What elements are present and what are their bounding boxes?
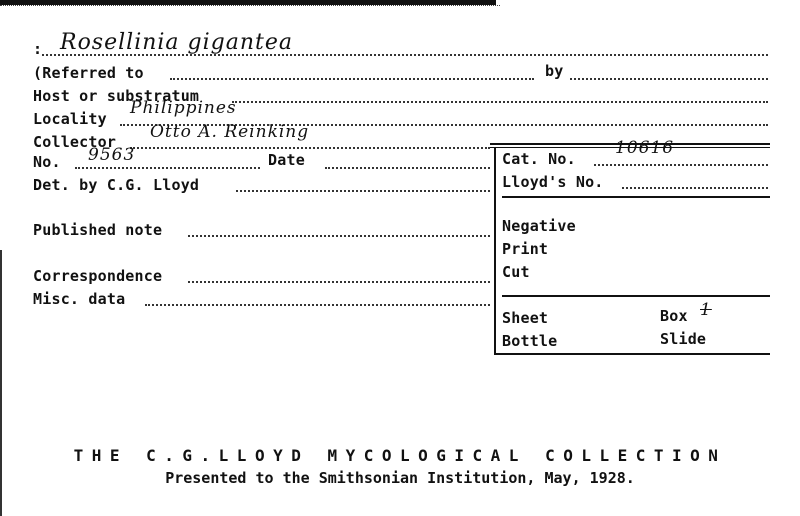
- published-label: Published note: [33, 221, 162, 239]
- no-label: No.: [33, 153, 61, 171]
- by-label: by: [545, 62, 563, 80]
- card-top-edge-dots: [0, 5, 500, 7]
- panel-bottom-rule: [494, 353, 770, 355]
- cat-no-label: Cat. No.: [502, 150, 576, 168]
- referred-label: (Referred to: [33, 64, 144, 82]
- panel-rule-1: [502, 196, 770, 198]
- cut-label: Cut: [502, 263, 530, 281]
- date-dots: [325, 167, 490, 169]
- collection-title: THE C.G.LLOYD MYCOLOGICAL COLLECTION: [0, 446, 800, 465]
- det-label: Det. by C.G. Lloyd: [33, 176, 199, 194]
- misc-label: Misc. data: [33, 290, 125, 308]
- negative-label: Negative: [502, 217, 576, 235]
- host-dots: [232, 101, 768, 103]
- collection-subtitle: Presented to the Smithsonian Institution…: [0, 469, 800, 487]
- cat-no-value: 10616: [615, 138, 674, 158]
- box-value: 1: [700, 300, 712, 320]
- collector-dots: [130, 147, 490, 149]
- misc-dots: [145, 304, 490, 306]
- panel-divider: [494, 147, 496, 353]
- slide-label: Slide: [660, 330, 706, 348]
- sheet-label: Sheet: [502, 309, 548, 327]
- box-label: Box: [660, 307, 688, 325]
- date-label: Date: [268, 151, 305, 169]
- lloyds-no-dots: [622, 187, 768, 189]
- cat-no-dots: [594, 164, 768, 166]
- collector-value: Otto A. Reinking: [150, 122, 309, 142]
- print-label: Print: [502, 240, 548, 258]
- lloyds-no-label: Lloyd's No.: [502, 173, 604, 191]
- name-prefix: :: [33, 40, 42, 58]
- correspondence-label: Correspondence: [33, 267, 162, 285]
- specimen-name-value: Rosellinia gigantea: [60, 30, 293, 55]
- det-dots: [236, 190, 490, 192]
- no-dots: [75, 167, 260, 169]
- panel-rule-2: [502, 295, 770, 297]
- locality-value: Philippines: [130, 98, 237, 118]
- locality-label: Locality: [33, 110, 107, 128]
- no-value: 9563: [88, 145, 135, 165]
- referred-dots: [170, 78, 534, 80]
- by-dots: [570, 78, 768, 80]
- published-dots: [188, 235, 490, 237]
- bottle-label: Bottle: [502, 332, 557, 350]
- correspondence-dots: [188, 281, 490, 283]
